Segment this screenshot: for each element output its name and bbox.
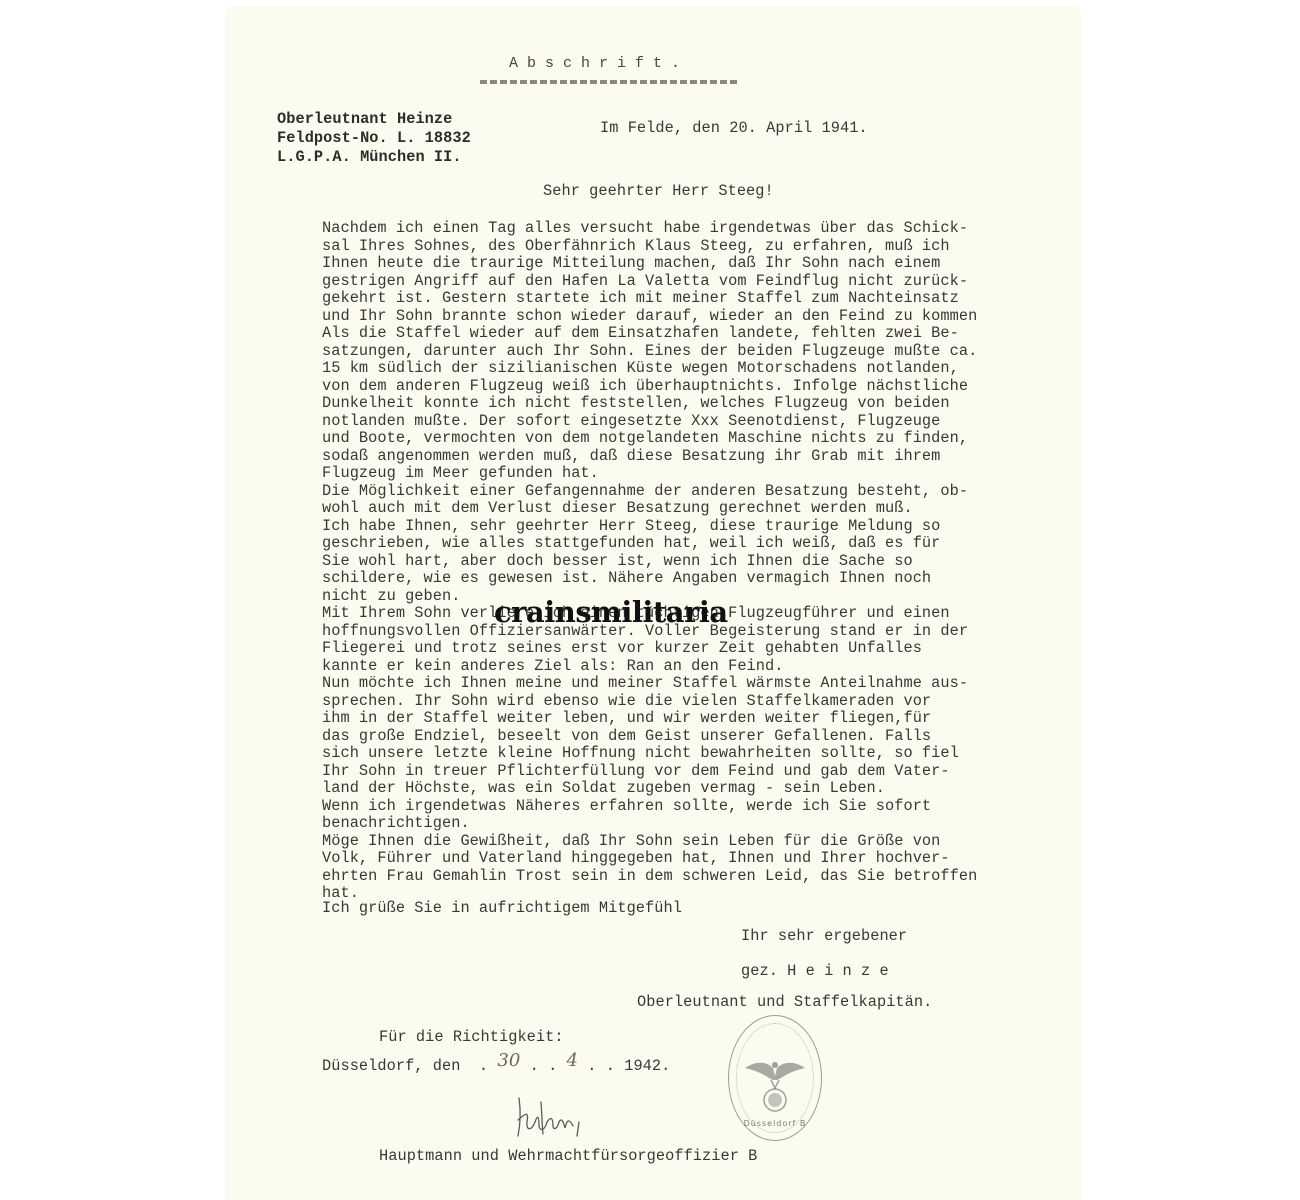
body-line: 15 km südlich der sizilianischen Küste w… bbox=[322, 360, 977, 378]
title-underline bbox=[480, 80, 740, 84]
body-line: wohl auch mit dem Verlust dieser Besatzu… bbox=[322, 500, 977, 518]
watermark: crainsmilitaria bbox=[494, 595, 728, 629]
certification-label: Für die Richtigkeit: bbox=[379, 1029, 564, 1046]
closing-line: Ich grüße Sie in aufrichtigem Mitgefühl bbox=[322, 900, 682, 917]
handwritten-signature: Kuhn bbox=[511, 1092, 601, 1142]
body-line: benachrichtigen. bbox=[322, 815, 977, 833]
stamp-city: Düsseldorf B bbox=[729, 1119, 821, 1128]
body-line: Fliegerei und trotz seines erst vor kurz… bbox=[322, 640, 977, 658]
sender-feldpost: Feldpost-No. L. 18832 bbox=[277, 129, 471, 147]
official-stamp: Düsseldorf B bbox=[728, 1015, 822, 1141]
body-line: das große Endziel, beseelt von dem Geist… bbox=[322, 728, 977, 746]
body-line: gestrigen Angriff auf den Hafen La Valet… bbox=[322, 273, 977, 291]
body-line: und Ihr Sohn brannte schon wieder darauf… bbox=[322, 308, 977, 326]
body-line: Dunkelheit konnte ich nicht feststellen,… bbox=[322, 395, 977, 413]
signoff-title: Oberleutnant und Staffelkapitän. bbox=[637, 994, 932, 1011]
body-line: land der Höchste, was ein Soldat zugeben… bbox=[322, 780, 977, 798]
body-line: sich unsere letzte kleine Hoffnung nicht… bbox=[322, 745, 977, 763]
body-line: geschrieben, wie alles stattgefunden hat… bbox=[322, 535, 977, 553]
body-line: kannte er kein anderes Ziel als: Ran an … bbox=[322, 658, 977, 676]
body-line: ehrten Frau Gemahlin Trost sein in dem s… bbox=[322, 868, 977, 886]
body-line: Ich habe Ihnen, sehr geehrter Herr Steeg… bbox=[322, 518, 977, 536]
body-line: Ihnen heute die traurige Mitteilung mach… bbox=[322, 255, 977, 273]
document-title: A b s c h r i f t . bbox=[509, 55, 680, 72]
signoff-greeting: Ihr sehr ergebener bbox=[741, 928, 907, 945]
body-line: und Boote, vermochten von dem notgelande… bbox=[322, 430, 977, 448]
body-line: von dem anderen Flugzeug weiß ich überha… bbox=[322, 378, 977, 396]
signoff-name: gez. H e i n z e bbox=[741, 963, 889, 980]
body-line: Wenn ich irgendetwas Näheres erfahren so… bbox=[322, 798, 977, 816]
body-line: satzungen, darunter auch Ihr Sohn. Eines… bbox=[322, 343, 977, 361]
certifying-officer-title: Hauptmann und Wehrmachtfürsorgeoffizier … bbox=[379, 1148, 757, 1165]
body-line: sprechen. Ihr Sohn wird ebenso wie die v… bbox=[322, 693, 977, 711]
body-line: Als die Staffel wieder auf dem Einsatzha… bbox=[322, 325, 977, 343]
body-line: Ihr Sohn in treuer Pflichterfüllung vor … bbox=[322, 763, 977, 781]
body-line: Die Möglichkeit einer Gefangennahme der … bbox=[322, 483, 977, 501]
sender-rank-name: Oberleutnant Heinze bbox=[277, 110, 452, 128]
handwritten-day: 30 bbox=[497, 1050, 520, 1071]
letter-body: Nachdem ich einen Tag alles versucht hab… bbox=[322, 220, 977, 903]
eagle-seal-icon bbox=[743, 1054, 807, 1114]
body-line: Volk, Führer und Vaterland hinggegeben h… bbox=[322, 850, 977, 868]
body-line: notlanden mußte. Der sofort eingesetzte … bbox=[322, 413, 977, 431]
body-line: sal Ihres Sohnes, des Oberfähnrich Klaus… bbox=[322, 238, 977, 256]
handwritten-month: 4 bbox=[567, 1050, 579, 1071]
body-line: gekehrt ist. Gestern startete ich mit me… bbox=[322, 290, 977, 308]
body-line: schildere, wie es gewesen ist. Nähere An… bbox=[322, 570, 977, 588]
body-line: ihm in der Staffel weiter leben, und wir… bbox=[322, 710, 977, 728]
salutation: Sehr geehrter Herr Steeg! bbox=[543, 183, 774, 200]
body-line: Nun möchte ich Ihnen meine und meiner St… bbox=[322, 675, 977, 693]
letter-date: Im Felde, den 20. April 1941. bbox=[600, 120, 868, 137]
body-line: Sie wohl hart, aber doch besser ist, wen… bbox=[322, 553, 977, 571]
sender-unit: L.G.P.A. München II. bbox=[277, 148, 462, 166]
certification-place-date: Düsseldorf, den . 30 . . 4 . . 1942. bbox=[322, 1056, 670, 1075]
body-line: Flugzeug im Meer gefunden hat. bbox=[322, 465, 977, 483]
body-line: Nachdem ich einen Tag alles versucht hab… bbox=[322, 220, 977, 238]
letter-page: A b s c h r i f t . Oberleutnant Heinze … bbox=[226, 7, 1080, 1200]
body-line: sodaß angenommen werden muß, daß diese B… bbox=[322, 448, 977, 466]
body-line: Möge Ihnen die Gewißheit, daß Ihr Sohn s… bbox=[322, 833, 977, 851]
sender-block: Oberleutnant Heinze Feldpost-No. L. 1883… bbox=[277, 110, 471, 167]
